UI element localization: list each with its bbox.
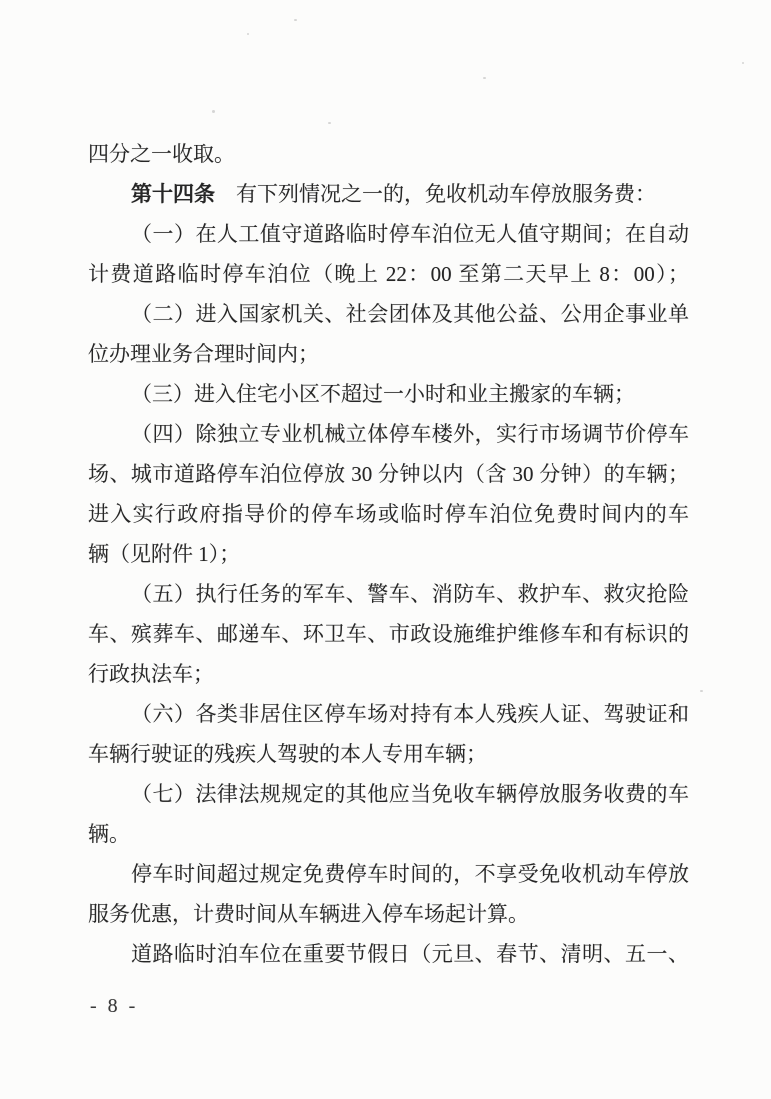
scan-speck bbox=[328, 122, 331, 124]
scan-speck bbox=[212, 110, 215, 113]
body-line: 车辆行驶证的残疾人驾驶的本人专用车辆； bbox=[88, 734, 689, 774]
scan-speck bbox=[247, 33, 249, 35]
body-line: 场、城市道路停车泊位停放 30 分钟以内（含 30 分钟）的车辆； bbox=[88, 454, 689, 494]
body-line: 道路临时泊车位在重要节假日（元旦、春节、清明、五一、 bbox=[88, 934, 689, 974]
document-page: 四分之一收取。 第十四条有下列情况之一的，免收机动车停放服务费： （一）在人工值… bbox=[0, 0, 771, 1099]
document-body: 四分之一收取。 第十四条有下列情况之一的，免收机动车停放服务费： （一）在人工值… bbox=[88, 134, 689, 974]
scan-speck bbox=[294, 19, 297, 21]
body-line: 服务优惠，计费时间从车辆进入停车场起计算。 bbox=[88, 894, 689, 934]
list-item-4-line: （四）除独立专业机械立体停车楼外，实行市场调节价停车 bbox=[88, 414, 689, 454]
body-line: 四分之一收取。 bbox=[88, 134, 689, 174]
article-heading-line: 第十四条有下列情况之一的，免收机动车停放服务费： bbox=[88, 174, 689, 214]
body-line: 行政执法车； bbox=[88, 654, 689, 694]
list-item-2-line: （二）进入国家机关、社会团体及其他公益、公用企事业单 bbox=[88, 294, 689, 334]
list-item-1-line: （一）在人工值守道路临时停车泊位无人值守期间；在自动 bbox=[88, 214, 689, 254]
list-item-3-line: （三）进入住宅小区不超过一小时和业主搬家的车辆； bbox=[88, 374, 689, 414]
page-number: - 8 - bbox=[90, 995, 138, 1018]
body-line: 辆。 bbox=[88, 814, 689, 854]
body-line: 辆（见附件 1）； bbox=[88, 534, 689, 574]
list-item-5-line: （五）执行任务的军车、警车、消防车、救护车、救灾抢险 bbox=[88, 574, 689, 614]
body-line: 进入实行政府指导价的停车场或临时停车泊位免费时间内的车 bbox=[88, 494, 689, 534]
scan-speck bbox=[620, 868, 622, 870]
scan-speck bbox=[483, 77, 486, 79]
article-number: 第十四条 bbox=[131, 182, 215, 206]
body-line: 位办理业务合理时间内； bbox=[88, 334, 689, 374]
list-item-6-line: （六）各类非居住区停车场对持有本人残疾人证、驾驶证和 bbox=[88, 694, 689, 734]
scan-speck bbox=[742, 62, 744, 64]
body-line: 停车时间超过规定免费停车时间的，不享受免收机动车停放 bbox=[88, 854, 689, 894]
body-line: 车、殡葬车、邮递车、环卫车、市政设施维护维修车和有标识的 bbox=[88, 614, 689, 654]
body-line: 计费道路临时停车泊位（晚上 22：00 至第二天早上 8：00）； bbox=[88, 254, 689, 294]
article-title: 有下列情况之一的，免收机动车停放服务费： bbox=[236, 182, 656, 206]
list-item-7-line: （七）法律法规规定的其他应当免收车辆停放服务收费的车 bbox=[88, 774, 689, 814]
scan-speck bbox=[700, 690, 703, 692]
